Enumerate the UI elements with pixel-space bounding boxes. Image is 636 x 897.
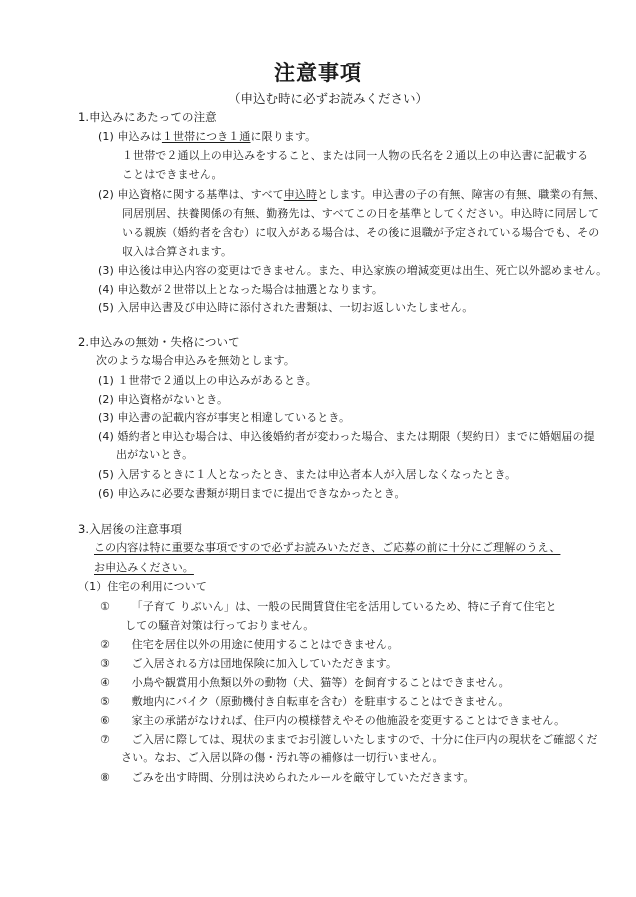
- item-text: に限ります。: [251, 130, 317, 143]
- item-text: 「子育て りぶいん」は、一般の民間賃貸住宅を活用しているため、特に子育て住宅と: [132, 600, 557, 613]
- item-continuation: 収入は合算されます。: [122, 245, 232, 259]
- section-1-item-2: (2) 申込資格に関する基準は、すべて申込時とします。申込書の子の有無、障害の有…: [98, 188, 605, 202]
- section-3-item-4: ④ 小鳥や観賞用小魚類以外の動物（犬、猫等）を飼育することはできません。: [100, 676, 510, 690]
- item-number: ⑧: [100, 771, 128, 785]
- item-number: ④: [100, 676, 128, 690]
- item-text: ご入居される方は団地保険に加入していただきます。: [132, 657, 398, 670]
- item-text: 申込書の記載内容が事実と相違しているとき。: [118, 411, 351, 424]
- item-text: ごみを出す時間、分別は決められたルールを厳守していただきます。: [132, 771, 475, 784]
- item-text: 入居申込書及び申込時に添付された書類は、一切お返しいたしません。: [118, 301, 474, 314]
- item-text: 申込後は申込内容の変更はできません。また、申込家族の増減変更は出生、死亡以外認め…: [118, 264, 608, 277]
- item-number: ⑤: [100, 695, 128, 709]
- item-text: 申込数が２世帯以上となった場合は抽選となります。: [118, 283, 384, 296]
- item-number: ⑥: [100, 714, 128, 728]
- item-text: 敷地内にバイク（原動機付き自転車を含む）を駐車することはできません。: [132, 695, 510, 708]
- section-1-item-5: (5) 入居申込書及び申込時に添付された書類は、一切お返しいたしません。: [98, 301, 473, 315]
- item-text: 小鳥や観賞用小魚類以外の動物（犬、猫等）を飼育することはできません。: [132, 676, 510, 689]
- item-number: (4): [98, 430, 114, 444]
- section-3-item-1: ① 「子育て りぶいん」は、一般の民間賃貸住宅を活用しているため、特に子育て住宅…: [100, 600, 557, 614]
- item-number: ①: [100, 600, 128, 614]
- section-3-heading: 3.入居後の注意事項: [78, 522, 182, 536]
- section-1-item-3: (3) 申込後は申込内容の変更はできません。また、申込家族の増減変更は出生、死亡…: [98, 264, 607, 278]
- item-number: (3): [98, 411, 114, 425]
- section-3-item-3: ③ ご入居される方は団地保険に加入していただきます。: [100, 657, 397, 671]
- item-text: 入居するときに１人となったとき、または申込者本人が入居しなくなったとき。: [118, 468, 517, 481]
- section-2-intro: 次のような場合申込みを無効とします。: [96, 354, 295, 368]
- item-text: 申込資格がないとき。: [118, 393, 229, 406]
- section-1-item-4: (4) 申込数が２世帯以上となった場合は抽選となります。: [98, 283, 383, 297]
- section-3-item-7: ⑦ ご入居に際しては、現状のままでお引渡しいたしますので、十分に住戸内の現状をご…: [100, 733, 598, 747]
- section-2-heading: 2.申込みの無効・失格について: [78, 335, 240, 349]
- section-1-heading: 1.申込みにあたっての注意: [78, 110, 217, 124]
- item-number: ③: [100, 657, 128, 671]
- item-text: 家主の承諾がなければ、住戸内の模様替えやその他施設を変更することはできません。: [132, 714, 566, 727]
- item-continuation: いる親族（婚約者を含む）に収入がある場合は、その後に退職が予定されている場合でも…: [122, 226, 599, 240]
- item-text: ご入居に際しては、現状のままでお引渡しいたしますので、十分に住戸内の現状をご確認…: [132, 733, 598, 746]
- item-number: (2): [98, 393, 114, 407]
- section-3-item-8: ⑧ ごみを出す時間、分別は決められたルールを厳守していただきます。: [100, 771, 475, 785]
- important-notice-line-1: この内容は特に重要な事項ですので必ずお読みいただき、ご応募の前に十分にご理解のう…: [94, 541, 560, 555]
- item-text: 申込みは: [118, 130, 162, 143]
- item-number: (4): [98, 283, 114, 297]
- item-continuation: １世帯で２通以上の申込みをすること、または同一人物の氏名を２通以上の申込書に記載…: [122, 149, 588, 163]
- section-3-item-2: ② 住宅を居住以外の用途に使用することはできません。: [100, 638, 399, 652]
- section-3-item-5: ⑤ 敷地内にバイク（原動機付き自転車を含む）を駐車することはできません。: [100, 695, 509, 709]
- item-text: 申込資格に関する基準は、すべて: [118, 188, 284, 201]
- item-continuation: しての騒音対策は行っておりません。: [125, 619, 314, 633]
- item-text: 申込みに必要な書類が期日までに提出できなかったとき。: [118, 487, 406, 500]
- item-text: とします。申込書の子の有無、障害の有無、職業の有無、: [317, 188, 605, 201]
- section-2-item-3: (3) 申込書の記載内容が事実と相違しているとき。: [98, 411, 350, 425]
- underlined-emphasis: 申込時: [284, 188, 317, 201]
- document-page: 注意事項 （申込む時に必ずお読みください） 1.申込みにあたっての注意 (1) …: [0, 0, 636, 897]
- item-text: 住宅を居住以外の用途に使用することはできません。: [132, 638, 399, 651]
- item-number: (5): [98, 468, 114, 482]
- page-subtitle: （申込む時に必ずお読みください）: [0, 91, 636, 107]
- item-text: 婚約者と申込む場合は、申込後婚約者が変わった場合、または期限（契約日）までに婚姻…: [118, 430, 595, 443]
- important-notice-line-2: お申込みください。: [94, 561, 194, 575]
- item-number: (1): [98, 374, 114, 388]
- item-continuation: さい。なお、ご入居以降の傷・汚れ等の補修は一切行いません。: [121, 751, 444, 765]
- item-number: (3): [98, 264, 114, 278]
- page-title: 注意事項: [0, 60, 636, 86]
- item-number: ⑦: [100, 733, 128, 747]
- section-2-item-6: (6) 申込みに必要な書類が期日までに提出できなかったとき。: [98, 487, 406, 501]
- section-3-subheading: （1）住宅の利用について: [78, 580, 207, 594]
- item-continuation: 同居別居、扶養関係の有無、勤務先は、すべてこの日を基準としてください。申込時に同…: [122, 207, 599, 221]
- item-continuation: 出がないとき。: [116, 448, 193, 462]
- item-continuation: ことはできません。: [122, 168, 223, 182]
- item-number: (2): [98, 188, 114, 202]
- item-number: (5): [98, 301, 114, 315]
- item-number: (1): [98, 130, 114, 144]
- item-text: １世帯で２通以上の申込みがあるとき。: [118, 374, 317, 387]
- item-number: (6): [98, 487, 114, 501]
- section-1-item-1: (1) 申込みは１世帯につき１通に限ります。: [98, 130, 316, 144]
- section-2-item-4: (4) 婚約者と申込む場合は、申込後婚約者が変わった場合、または期限（契約日）ま…: [98, 430, 595, 444]
- section-3-item-6: ⑥ 家主の承諾がなければ、住戸内の模様替えやその他施設を変更することはできません…: [100, 714, 565, 728]
- item-number: ②: [100, 638, 128, 652]
- section-2-item-5: (5) 入居するときに１人となったとき、または申込者本人が入居しなくなったとき。: [98, 468, 516, 482]
- underlined-emphasis: １世帯につき１通: [162, 130, 251, 143]
- section-2-item-1: (1) １世帯で２通以上の申込みがあるとき。: [98, 374, 317, 388]
- section-2-item-2: (2) 申込資格がないとき。: [98, 393, 228, 407]
